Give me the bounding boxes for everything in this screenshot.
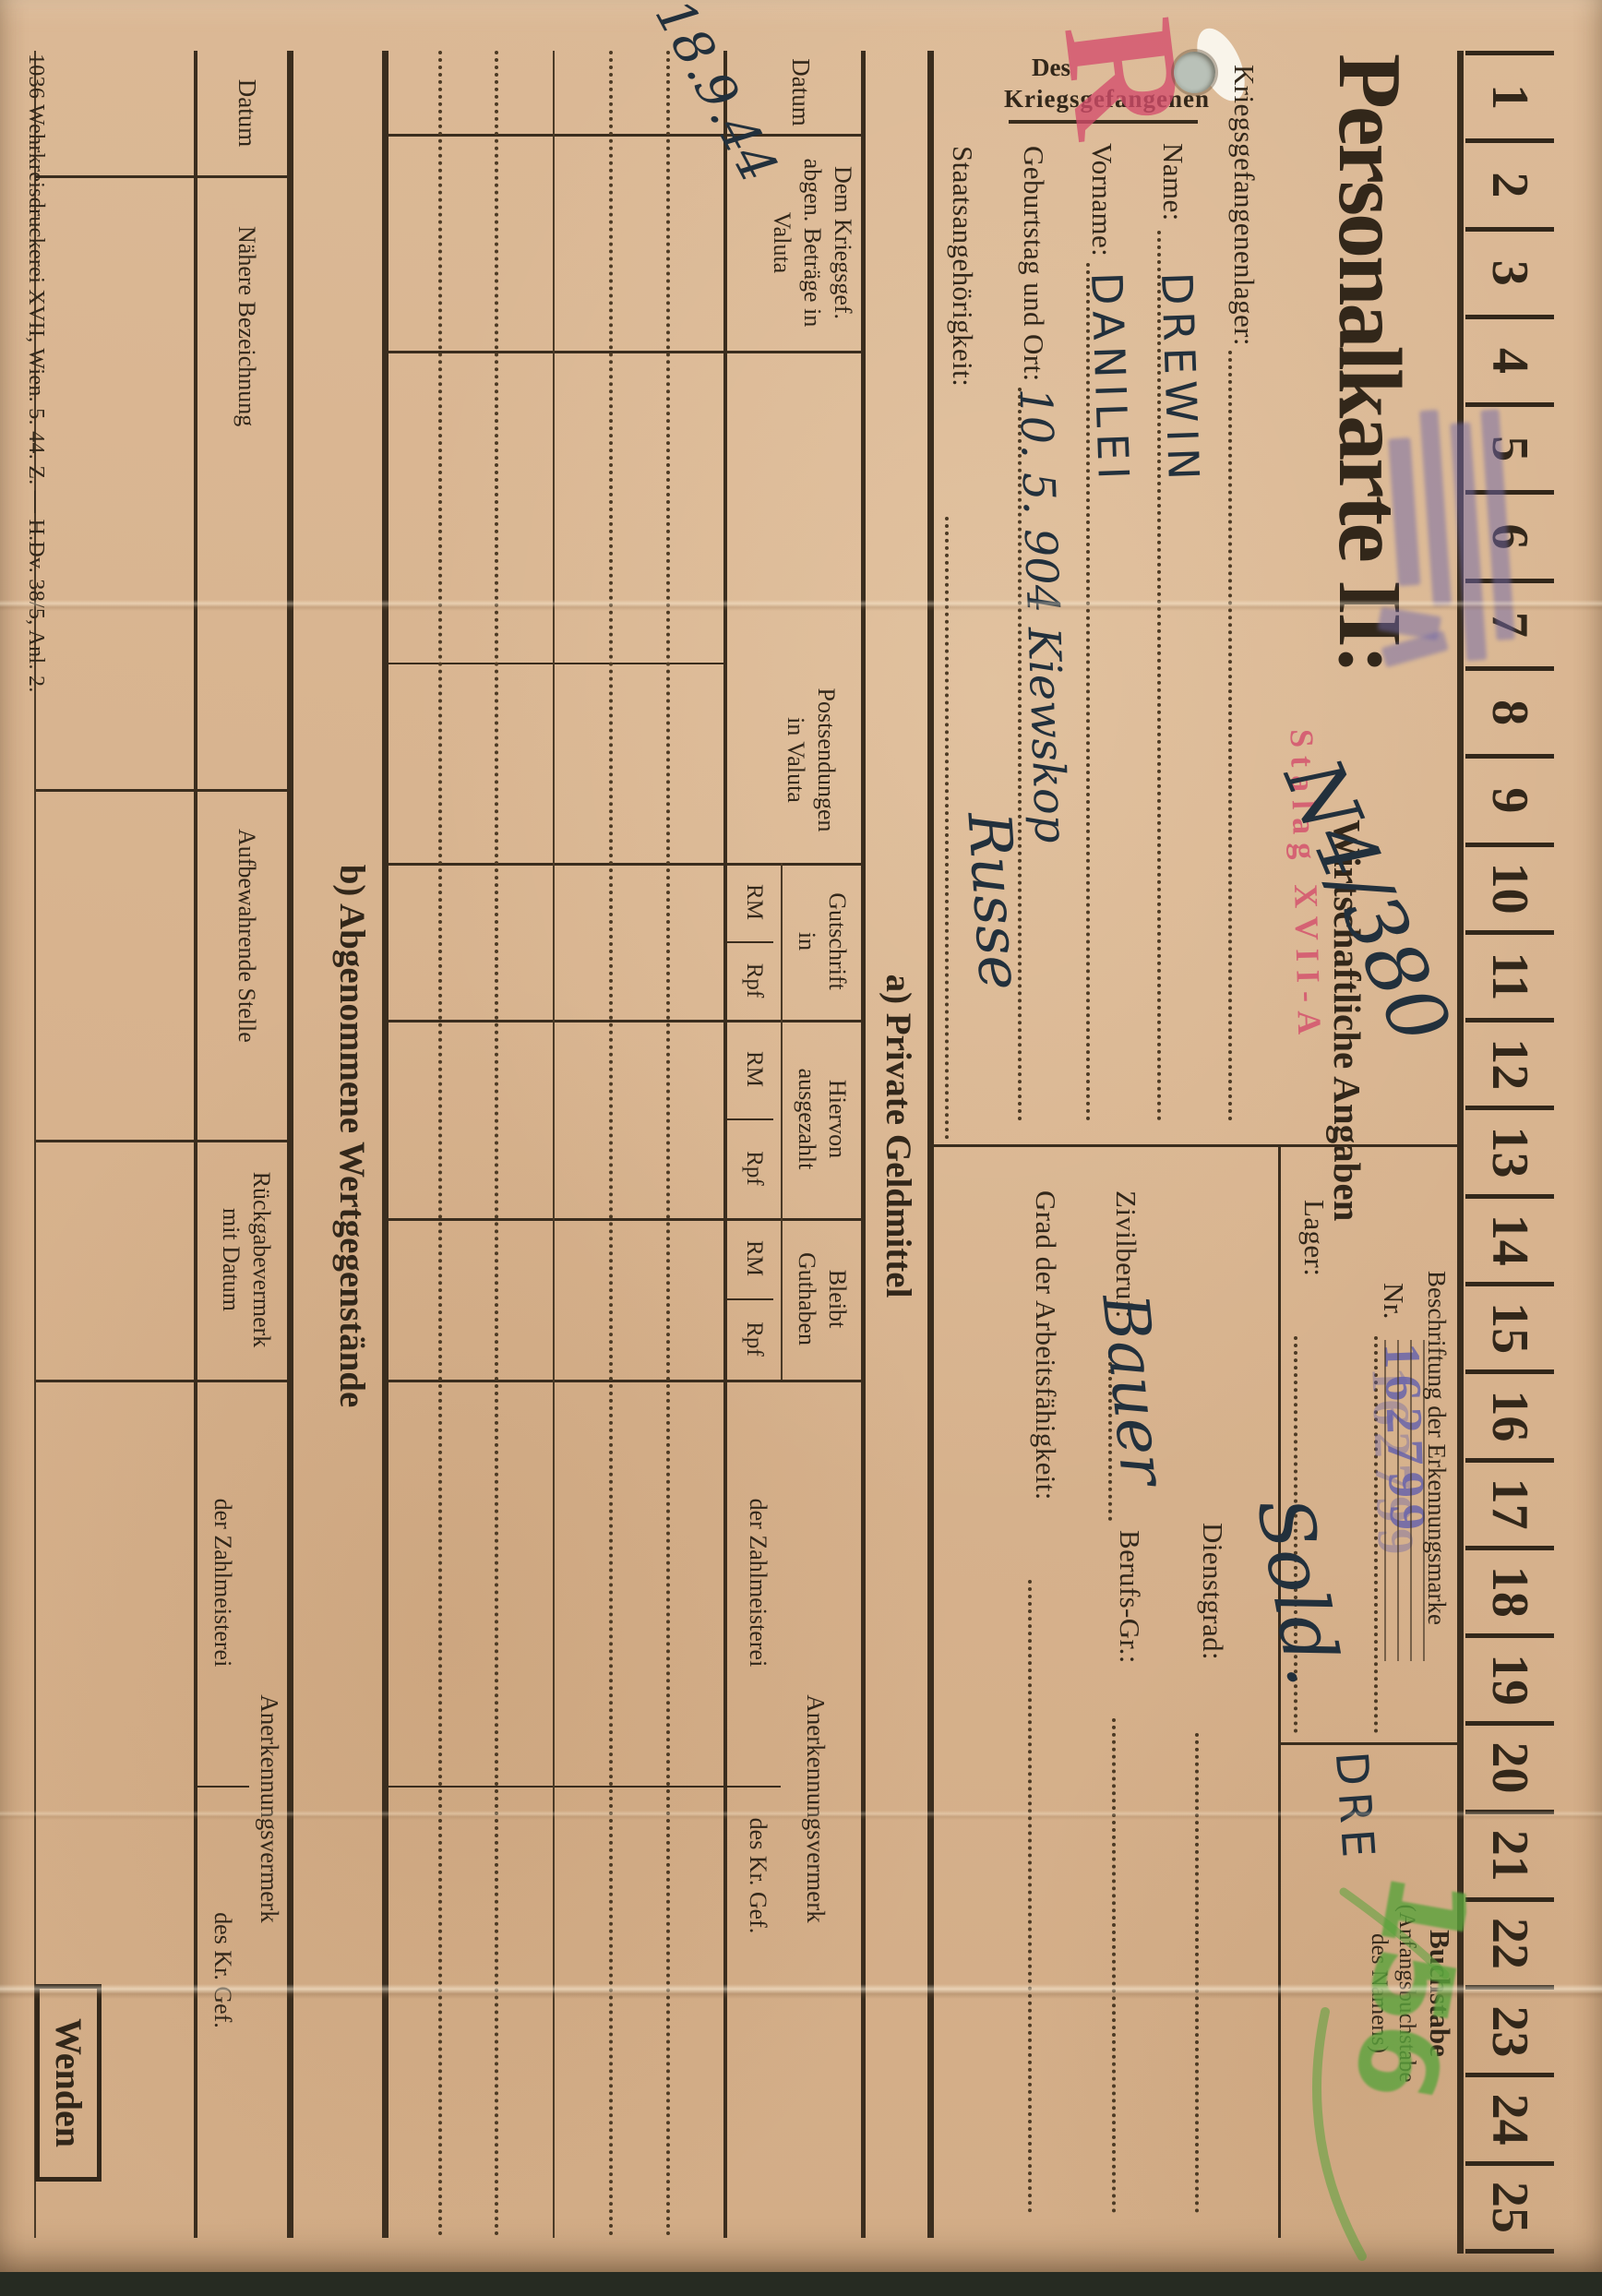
- table-a-row-line: [438, 51, 442, 2238]
- table-a-col-divider: [386, 1380, 866, 1382]
- table-a-date-entry: 18.9.44: [643, 0, 789, 192]
- green-crayon-strokes: [1214, 1836, 1491, 2270]
- section-b-title: b) Abgenommene Wertgegenstände: [331, 0, 373, 2272]
- table-b-header-rueckgabe: Rückgabevermerk mit Datum: [216, 1140, 277, 1380]
- rm-label: RM: [739, 1218, 770, 1298]
- table-a-header-gutschrift-l1: Gutschrift: [822, 863, 853, 1020]
- rpf-label: Rpf: [739, 1118, 770, 1218]
- dienstgrad-handwriting: Sold.: [1240, 1490, 1357, 1692]
- wenden-box: Wenden: [35, 1984, 102, 2182]
- dienstgrad-label: Dienstgrad:: [1196, 1523, 1229, 1660]
- table-a-sub-zahlmeisterei: der Zahlmeisterei: [743, 1380, 773, 1786]
- rpf-label: Rpf: [739, 1298, 770, 1380]
- wenden-label: Wenden: [48, 2018, 90, 2147]
- ruler-number: 10: [1465, 843, 1554, 930]
- table-a-header-bottom: [723, 51, 727, 2238]
- stamp-strike-line: [1397, 1340, 1399, 1661]
- ruler-number: 4: [1465, 315, 1554, 402]
- purple-stamp-illegible: [1358, 403, 1522, 676]
- table-a-row-line: [609, 51, 613, 2238]
- table-a-bottom-rule: [382, 51, 389, 2238]
- center-divider: [930, 1144, 1461, 1147]
- table-a-header-gutschrift: Gutschrift in: [792, 863, 853, 1020]
- table-a-header-datum: Datum: [785, 51, 816, 134]
- table-a-col-divider-body: [386, 663, 725, 664]
- table-a-header-hiervon-l1: Hiervon: [822, 1020, 853, 1218]
- ruler-number: 15: [1465, 1282, 1554, 1369]
- table-a-header-anerkennung: Anerkennungsvermerk: [800, 1380, 831, 2238]
- section-a-top-rule: [927, 51, 934, 2238]
- scanned-card-canvas: 1234567891011121314151617181920212223242…: [0, 0, 1602, 2296]
- field-kgf-lager-label: Kriegsgefangenenlager:: [1227, 65, 1261, 346]
- field-name-label: Name:: [1156, 143, 1190, 221]
- ruler-number: 17: [1465, 1458, 1554, 1546]
- ruler-number: 2: [1465, 138, 1554, 226]
- berufsgruppe-label: Berufs-Gr.:: [1113, 1530, 1146, 1664]
- ruler-number: 12: [1465, 1018, 1554, 1106]
- marke-lager-label: Lager:: [1297, 1200, 1331, 1276]
- table-a-header-hiervon: Hiervon ausgezahlt: [792, 1020, 853, 1218]
- ruler-number: 18: [1465, 1546, 1554, 1633]
- table-b-sub-zahlmeisterei: der Zahlmeisterei: [208, 1380, 238, 1786]
- rm-label: RM: [739, 863, 770, 941]
- table-a-col-divider: [386, 351, 866, 353]
- ruler-number: 1: [1465, 51, 1554, 138]
- ruler-number: 20: [1465, 1721, 1554, 1809]
- table-a-header-abgen: Dem Kriegsgef. abgen. Beträge in Valuta: [767, 137, 858, 349]
- table-a-row-line-solid: [553, 51, 555, 2238]
- vorname-handwriting: DANILEI: [1082, 271, 1139, 486]
- table-a-header-post-l2: in Valuta: [781, 657, 811, 863]
- table-b-header-stelle: Aufbewahrende Stelle: [232, 829, 262, 1043]
- field-staatsangehoerigkeit-label: Staatsangehörigkeit:: [946, 146, 979, 387]
- table-a-header-post-l1: Postsendungen: [811, 657, 842, 863]
- field-kgf-lager-line: [1228, 351, 1232, 1121]
- field-staatsangehoerigkeit-line: [945, 517, 949, 1140]
- table-a-row-line: [495, 51, 498, 2238]
- table-b-header-bezeichnung: Nähere Bezeichnung: [232, 226, 262, 426]
- hole-punch: [1174, 52, 1215, 93]
- berufsgruppe-line: [1112, 1718, 1116, 2213]
- personalkarte-card: 1234567891011121314151617181920212223242…: [0, 0, 1602, 2272]
- staatsangehoerigkeit-handwriting: Russe: [953, 810, 1034, 993]
- ruler-number: 8: [1465, 666, 1554, 754]
- field-geburtstag-label: Geburtstag und Ort:: [1017, 146, 1050, 382]
- table-b-header-anerkennung: Anerkennungsvermerk: [254, 1380, 284, 2238]
- money-tier-line: [781, 863, 783, 1380]
- table-a-sub-divider: [386, 1786, 781, 1788]
- erkennungsmarke-number-stamp: 162799: [1371, 1342, 1437, 1537]
- table-b-header-rueckgabe-l2: mit Datum: [216, 1140, 246, 1380]
- stamp-strike-line: [1423, 1340, 1425, 1661]
- rpf-label: Rpf: [739, 941, 770, 1020]
- ruler-number: 3: [1465, 227, 1554, 315]
- dienstgrad-line: [1195, 1733, 1199, 2213]
- marke-nr-label: Nr.: [1377, 1283, 1410, 1320]
- printer-imprint: 1036 Wehrkreisdruckerei XVII, Wien. 5. 4…: [23, 54, 48, 693]
- table-b-header-rueckgabe-l1: Rückgabevermerk: [246, 1140, 277, 1380]
- rm-label: RM: [739, 1020, 770, 1118]
- stamp-strike-line: [1410, 1340, 1412, 1661]
- table-a-header-abgen-l1: Dem Kriegsgef.: [828, 137, 858, 349]
- table-a-row-line: [666, 51, 670, 2238]
- stamp-strike-line: [1384, 1340, 1386, 1661]
- table-a-header-bleibt-l2: Guthaben: [792, 1218, 822, 1380]
- table-b-col-divider: [35, 175, 293, 178]
- marke-box-divider: [1278, 1742, 1461, 1745]
- field-vorname-label: Vorname:: [1085, 143, 1118, 257]
- ruler-number: 9: [1465, 754, 1554, 842]
- ruler-number: 14: [1465, 1194, 1554, 1282]
- ruler-number: 19: [1465, 1633, 1554, 1721]
- table-a-header-hiervon-l2: ausgezahlt: [792, 1020, 822, 1218]
- section-a-title: a) Private Geldmittel: [878, 0, 919, 2272]
- table-b-sub-krgef: des Kr. Gef.: [208, 1786, 238, 2155]
- ruler-number: 13: [1465, 1106, 1554, 1193]
- table-a-header-abgen-l2: abgen. Beträge in: [797, 137, 828, 349]
- table-a-header-bleibt-l1: Bleibt: [822, 1218, 853, 1380]
- zivilberuf-handwriting: Bauer: [1087, 1290, 1179, 1488]
- table-b-header-datum: Datum: [232, 51, 262, 175]
- table-b-top: [287, 51, 293, 2238]
- table-b-header-bottom: [194, 51, 197, 2238]
- ruler-number: 16: [1465, 1369, 1554, 1457]
- table-a-top: [861, 51, 866, 2238]
- arbeitsfaehigkeit-line: [1028, 1580, 1032, 2213]
- table-a-header-gutschrift-l2: in: [792, 863, 822, 1020]
- table-a-header-post: Postsendungen in Valuta: [781, 657, 842, 863]
- name-handwriting: DREWIN: [1152, 271, 1209, 487]
- arbeitsfaehigkeit-label: Grad der Arbeitsfähigkeit:: [1029, 1190, 1062, 1501]
- table-a-header-bleibt: Bleibt Guthaben: [792, 1218, 853, 1380]
- ruler-number: 11: [1465, 930, 1554, 1018]
- table-a-sub-krgef: des Kr. Gef.: [743, 1800, 773, 1952]
- table-b-col-divider: [35, 789, 293, 792]
